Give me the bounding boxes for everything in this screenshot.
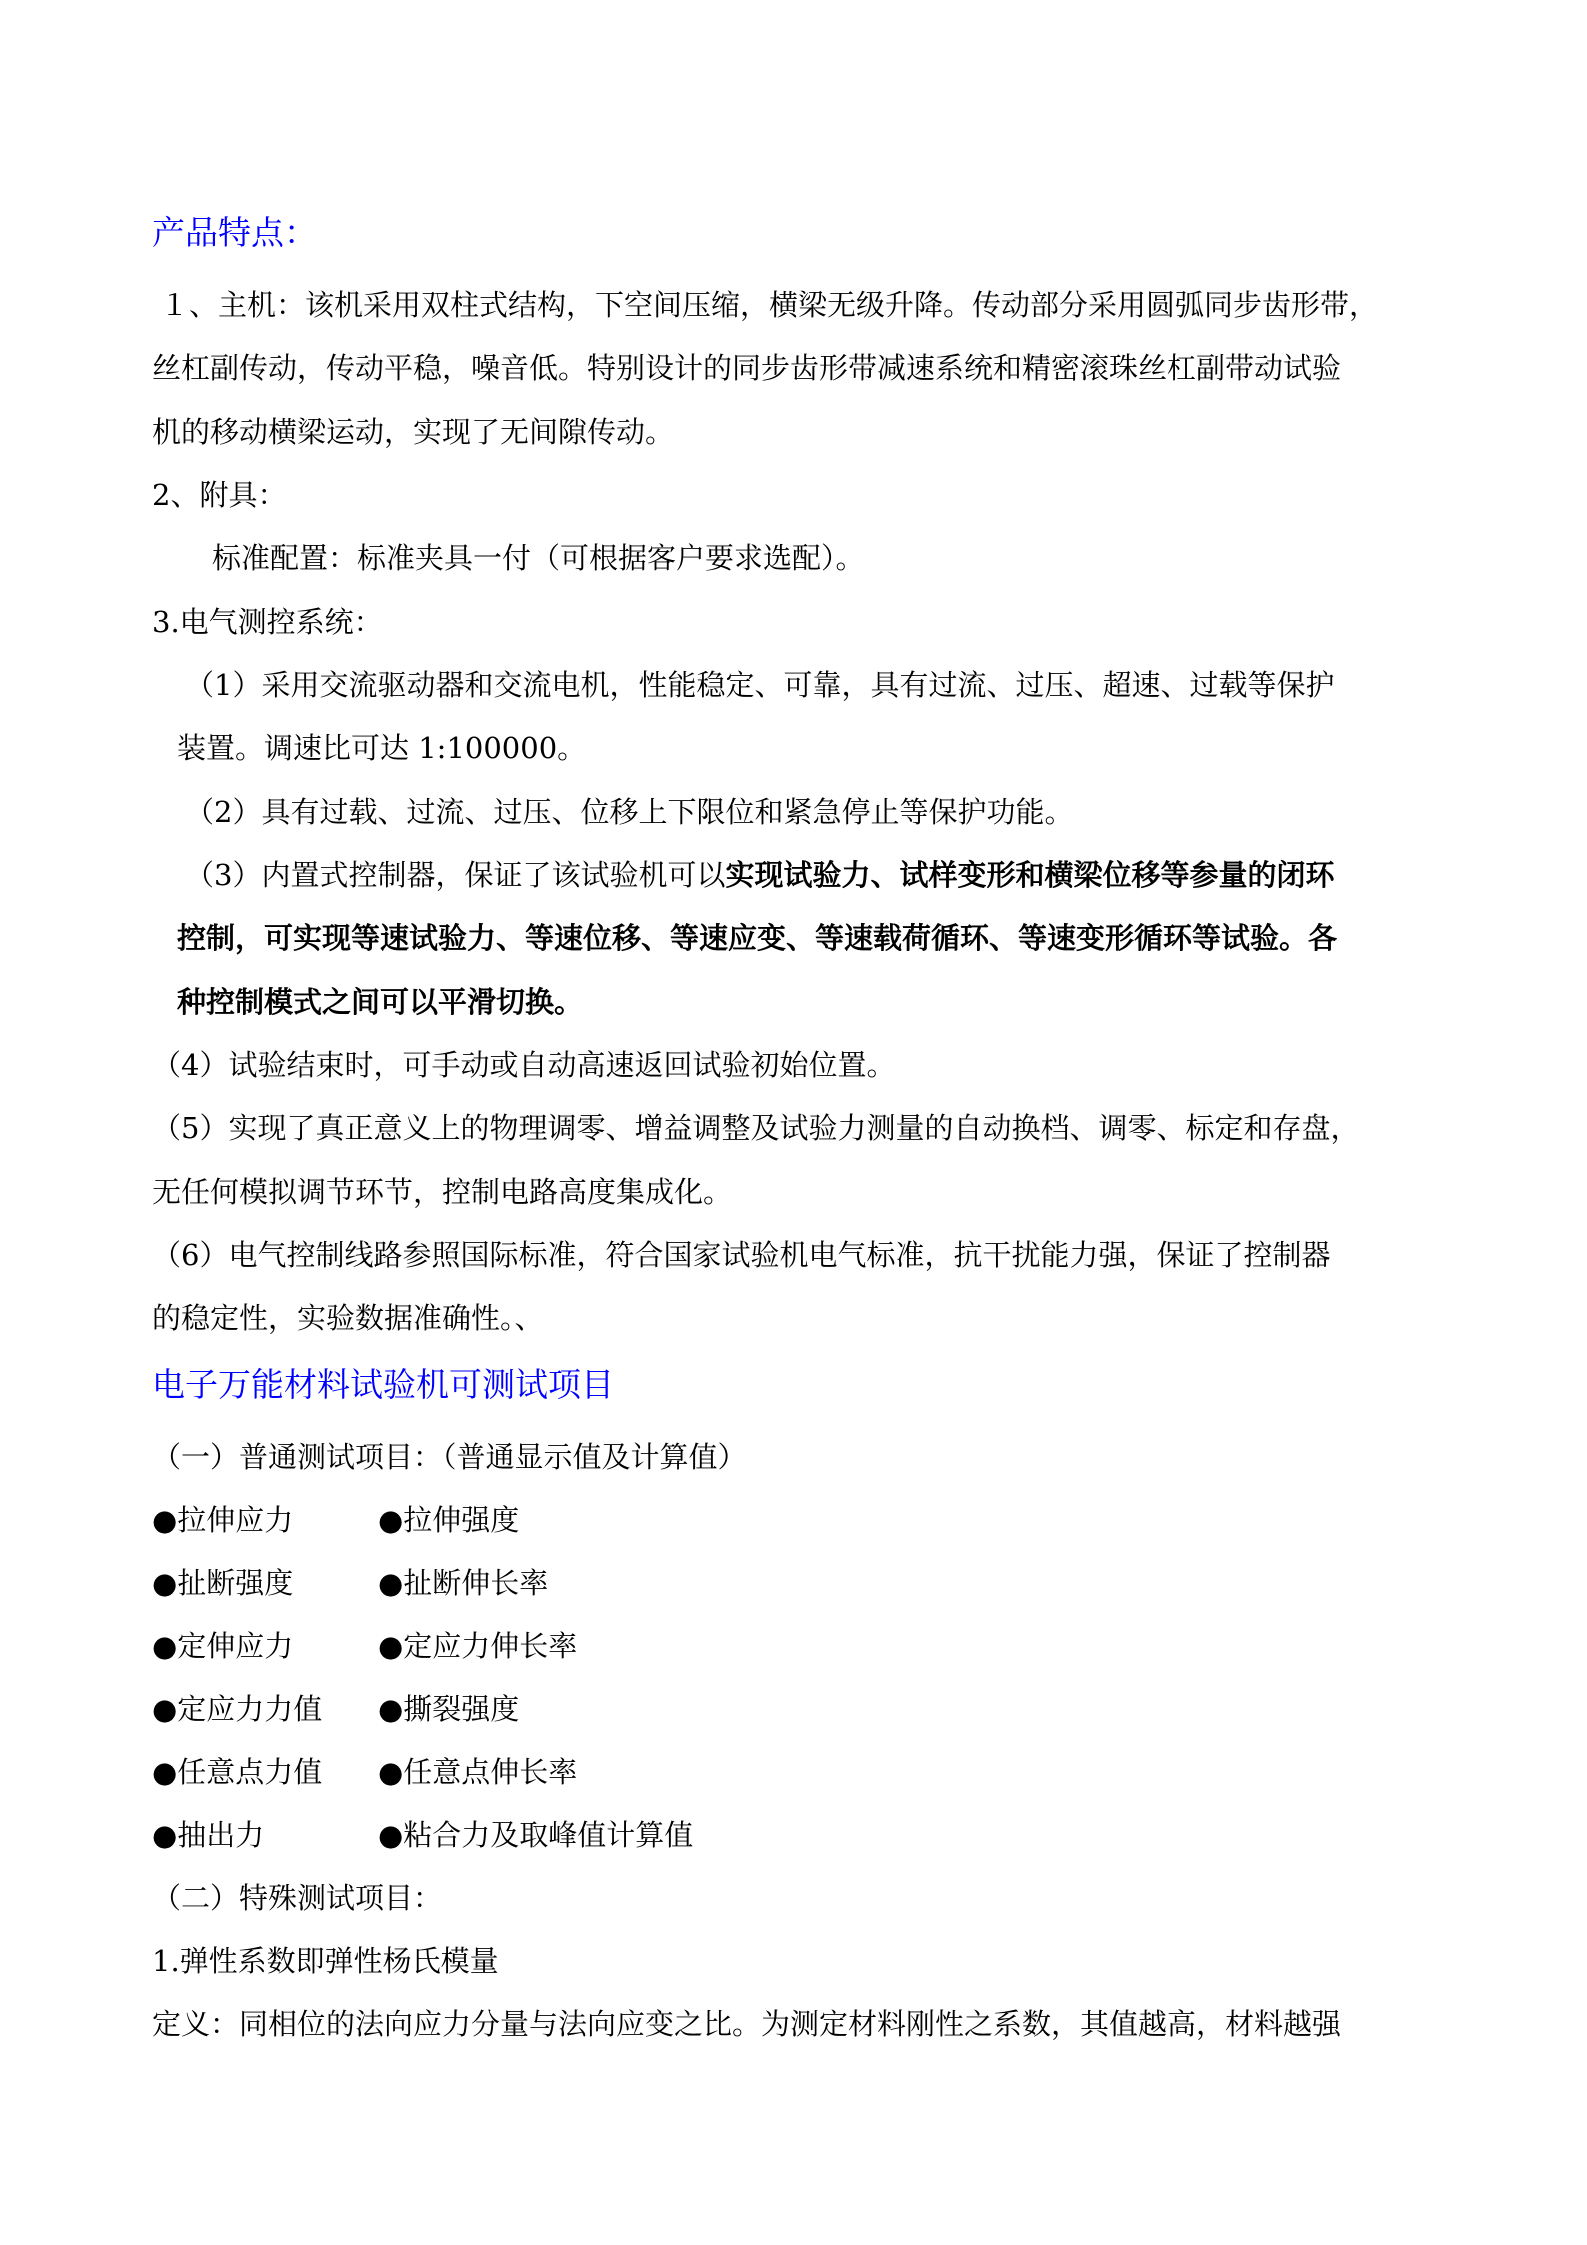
special-item-title: 1.弹性系数即弹性杨氏模量 (152, 1941, 499, 1981)
section-heading-features: 产品特点： (152, 211, 317, 255)
paragraph-line: （6）电气控制线路参照国际标准，符合国家试验机电气标准，抗干扰能力强，保证了控制… (152, 1235, 1330, 1275)
paragraph-line-bold: 种控制模式之间可以平滑切换。 (177, 982, 583, 1022)
document-page: 产品特点： １、主机：该机采用双柱式结构，下空间压缩，横梁无级升降。传动部分采用… (0, 0, 1587, 2245)
bullet-item: ●定应力力值 (152, 1689, 322, 1729)
paragraph-line: 丝杠副传动，传动平稳，噪音低。特别设计的同步齿形带减速系统和精密滚珠丝杠副带动试… (152, 348, 1341, 388)
paragraph-line-bold: 控制，可实现等速试验力、等速位移、等速应变、等速载荷循环、等速变形循环等试验。各 (177, 918, 1337, 958)
bullet-item: ●扯断强度 (152, 1563, 293, 1603)
paragraph-line: （3）内置式控制器，保证了该试验机可以实现试验力、试样变形和横梁位移等参量的闭环 (185, 855, 1334, 895)
paragraph-line: 的稳定性，实验数据准确性。、 (152, 1298, 544, 1338)
bullet-item: ●任意点伸长率 (378, 1752, 577, 1792)
bullet-item: ●撕裂强度 (378, 1689, 519, 1729)
definition-line: 定义：同相位的法向应力分量与法向应变之比。为测定材料刚性之系数，其值越高，材料越… (152, 2004, 1341, 2044)
bullet-item: ●抽出力 (152, 1815, 264, 1855)
subsection-title: （一）普通测试项目：（普通显示值及计算值） (152, 1437, 747, 1477)
bullet-item: ●粘合力及取峰值计算值 (378, 1815, 693, 1855)
paragraph-line: 标准配置：标准夹具一付（可根据客户要求选配）。 (212, 538, 865, 578)
bullet-item: ●拉伸应力 (152, 1500, 293, 1540)
paragraph-line: 无任何模拟调节环节，控制电路高度集成化。 (152, 1172, 732, 1212)
bullet-item: ●定伸应力 (152, 1626, 293, 1666)
text-bold: 实现试验力、试样变形和横梁位移等参量的闭环 (725, 858, 1334, 892)
bullet-item: ●拉伸强度 (378, 1500, 519, 1540)
paragraph-line: 机的移动横梁运动，实现了无间隙传动。 (152, 412, 674, 452)
paragraph-line: （2）具有过载、过流、过压、位移上下限位和紧急停止等保护功能。 (185, 792, 1073, 832)
text-normal: （3）内置式控制器，保证了该试验机可以 (185, 858, 725, 892)
bullet-item: ●定应力伸长率 (378, 1626, 577, 1666)
bullet-item: ●扯断伸长率 (378, 1563, 548, 1603)
paragraph-line: （5）实现了真正意义上的物理调零、增益调整及试验力测量的自动换档、调零、标定和存… (152, 1108, 1359, 1148)
item-title: 2、附具： (152, 475, 286, 515)
item-title: 3.电气测控系统： (152, 602, 383, 642)
paragraph-line: （4）试验结束时，可手动或自动高速返回试验初始位置。 (152, 1045, 895, 1085)
paragraph-line: 装置。调速比可达 1:100000。 (177, 728, 586, 768)
subsection-title: （二）特殊测试项目： (152, 1878, 442, 1918)
bullet-item: ●任意点力值 (152, 1752, 322, 1792)
section-heading-test-items: 电子万能材料试验机可测试项目 (152, 1363, 614, 1407)
paragraph-line: １、主机：该机采用双柱式结构，下空间压缩，横梁无级升降。传动部分采用圆弧同步齿形… (160, 285, 1378, 325)
paragraph-line: （1）采用交流驱动器和交流电机，性能稳定、可靠，具有过流、过压、超速、过载等保护 (185, 665, 1334, 705)
